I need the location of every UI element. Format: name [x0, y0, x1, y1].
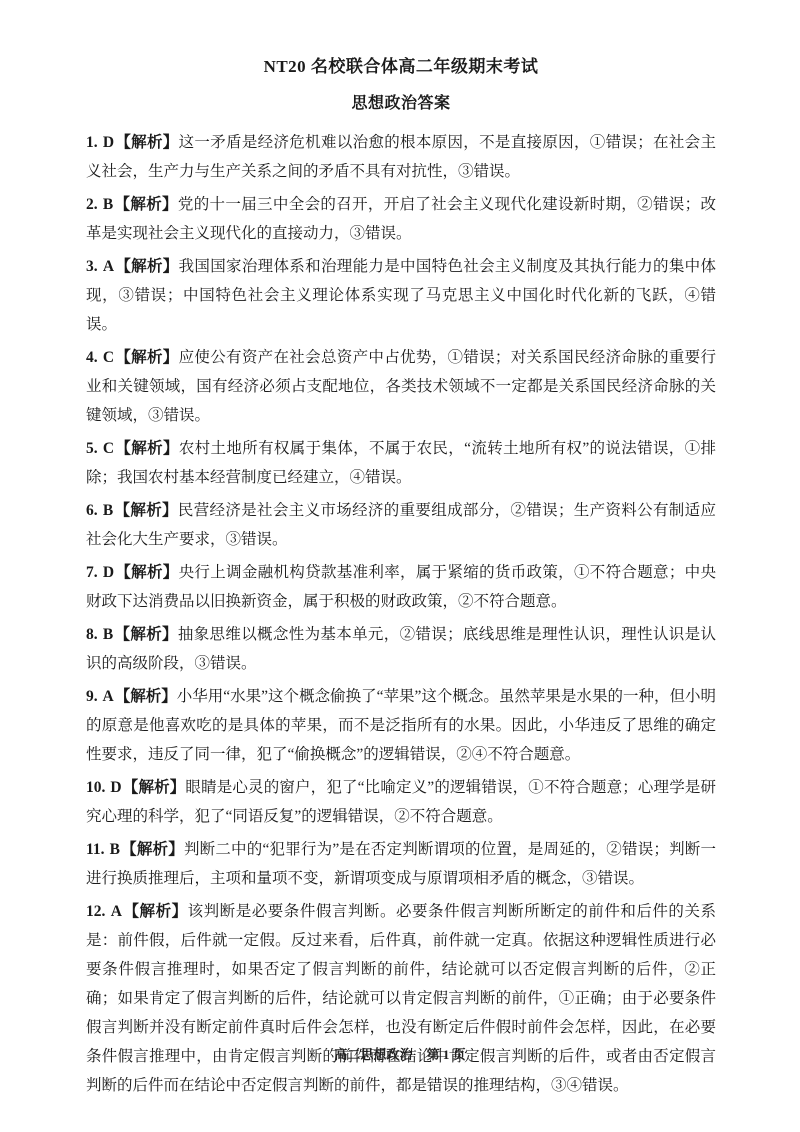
item-text: 这一矛盾是经济危机难以治愈的根本原因，不是直接原因，①错误；在社会主义社会，生产…	[86, 134, 716, 180]
analysis-label: 【解析】	[115, 440, 179, 457]
page-footer: 高二思想政治第 1 页	[0, 1044, 800, 1063]
analysis-label: 【解析】	[123, 779, 186, 796]
item-number: 7.	[86, 564, 98, 581]
answer-item-10: 10. D【解析】眼睛是心灵的窗户，犯了“比喻定义”的逻辑错误，①不符合题意；心…	[86, 773, 716, 831]
answer-item-12: 12. A【解析】该判断是必要条件假言判断。必要条件假言判断所断定的前件和后件的…	[86, 897, 716, 1100]
analysis-label: 【解析】	[123, 903, 188, 920]
analysis-label: 【解析】	[115, 564, 179, 581]
answer-item-5: 5. C【解析】农村土地所有权属于集体，不属于农民，“流转土地所有权”的说法错误…	[86, 434, 716, 492]
item-text: 农村土地所有权属于集体，不属于农民，“流转土地所有权”的说法错误，①排除；我国农…	[86, 440, 716, 486]
page-title: NT20 名校联合体高二年级期末考试	[86, 52, 716, 77]
item-text: 应使公有资产在社会总资产中占优势，①错误；对关系国民经济命脉的重要行业和关键领域…	[86, 349, 716, 424]
item-number: 4.	[86, 349, 98, 366]
item-number: 9.	[86, 688, 98, 705]
item-answer-letter: B	[102, 502, 114, 519]
item-number: 10.	[86, 779, 105, 796]
footer-page-number: 第 1 页	[427, 1047, 466, 1062]
answer-list: 1. D【解析】这一矛盾是经济危机难以治愈的根本原因，不是直接原因，①错误；在社…	[86, 128, 716, 1100]
item-text: 民营经济是社会主义市场经济的重要组成部分，②错误；生产资料公有制适应社会化大生产…	[86, 502, 716, 548]
analysis-label: 【解析】	[115, 349, 179, 366]
answer-item-2: 2. B【解析】党的十一届三中全会的召开，开启了社会主义现代化建设新时期，②错误…	[86, 190, 716, 248]
item-number: 12.	[86, 903, 105, 920]
answer-item-8: 8. B【解析】抽象思维以概念性为基本单元，②错误；底线思维是理性认识，理性认识…	[86, 620, 716, 678]
item-text: 小华用“水果”这个概念偷换了“苹果”这个概念。虽然苹果是水果的一种，但小明的原意…	[86, 688, 716, 763]
analysis-label: 【解析】	[115, 134, 179, 151]
item-answer-letter: D	[102, 564, 115, 581]
analysis-label: 【解析】	[114, 502, 178, 519]
document-page: NT20 名校联合体高二年级期末考试 思想政治答案 1. D【解析】这一矛盾是经…	[0, 0, 800, 1132]
answer-item-7: 7. D【解析】央行上调金融机构贷款基准利率，属于紧缩的货币政策，①不符合题意；…	[86, 558, 716, 616]
item-number: 11.	[86, 841, 105, 858]
item-answer-letter: B	[102, 626, 114, 643]
item-answer-letter: A	[102, 258, 115, 275]
analysis-label: 【解析】	[114, 626, 178, 643]
item-answer-letter: C	[102, 440, 115, 457]
footer-course-name: 高二思想政治	[334, 1047, 412, 1062]
analysis-label: 【解析】	[115, 688, 177, 705]
analysis-label: 【解析】	[114, 196, 178, 213]
item-answer-letter: D	[102, 134, 115, 151]
page-subtitle: 思想政治答案	[86, 90, 716, 113]
item-text: 抽象思维以概念性为基本单元，②错误；底线思维是理性认识，理性认识是认识的高级阶段…	[86, 626, 716, 672]
item-number: 2.	[86, 196, 98, 213]
item-answer-letter: A	[110, 903, 123, 920]
answer-item-3: 3. A【解析】我国国家治理体系和治理能力是中国特色社会主义制度及其执行能力的集…	[86, 252, 716, 339]
item-number: 8.	[86, 626, 98, 643]
answer-item-9: 9. A【解析】小华用“水果”这个概念偷换了“苹果”这个概念。虽然苹果是水果的一…	[86, 682, 716, 769]
item-answer-letter: B	[109, 841, 121, 858]
item-answer-letter: B	[102, 196, 114, 213]
item-text: 我国国家治理体系和治理能力是中国特色社会主义制度及其执行能力的集中体现，③错误；…	[86, 258, 716, 333]
item-number: 6.	[86, 502, 98, 519]
item-number: 3.	[86, 258, 98, 275]
analysis-label: 【解析】	[115, 258, 179, 275]
item-answer-letter: C	[102, 349, 115, 366]
item-answer-letter: A	[102, 688, 115, 705]
answer-item-1: 1. D【解析】这一矛盾是经济危机难以治愈的根本原因，不是直接原因，①错误；在社…	[86, 128, 716, 186]
item-answer-letter: D	[109, 779, 122, 796]
answer-item-4: 4. C【解析】应使公有资产在社会总资产中占优势，①错误；对关系国民经济命脉的重…	[86, 343, 716, 430]
analysis-label: 【解析】	[121, 841, 184, 858]
item-text: 央行上调金融机构贷款基准利率，属于紧缩的货币政策，①不符合题意；中央财政下达消费…	[86, 564, 716, 610]
item-text: 该判断是必要条件假言判断。必要条件假言判断所断定的前件和后件的关系是：前件假，后…	[86, 903, 716, 1094]
answer-item-6: 6. B【解析】民营经济是社会主义市场经济的重要组成部分，②错误；生产资料公有制…	[86, 496, 716, 554]
item-number: 5.	[86, 440, 98, 457]
answer-item-11: 11. B【解析】判断二中的“犯罪行为”是在否定判断谓项的位置，是周延的，②错误…	[86, 835, 716, 893]
item-number: 1.	[86, 134, 98, 151]
item-text: 党的十一届三中全会的召开，开启了社会主义现代化建设新时期，②错误；改革是实现社会…	[86, 196, 716, 242]
